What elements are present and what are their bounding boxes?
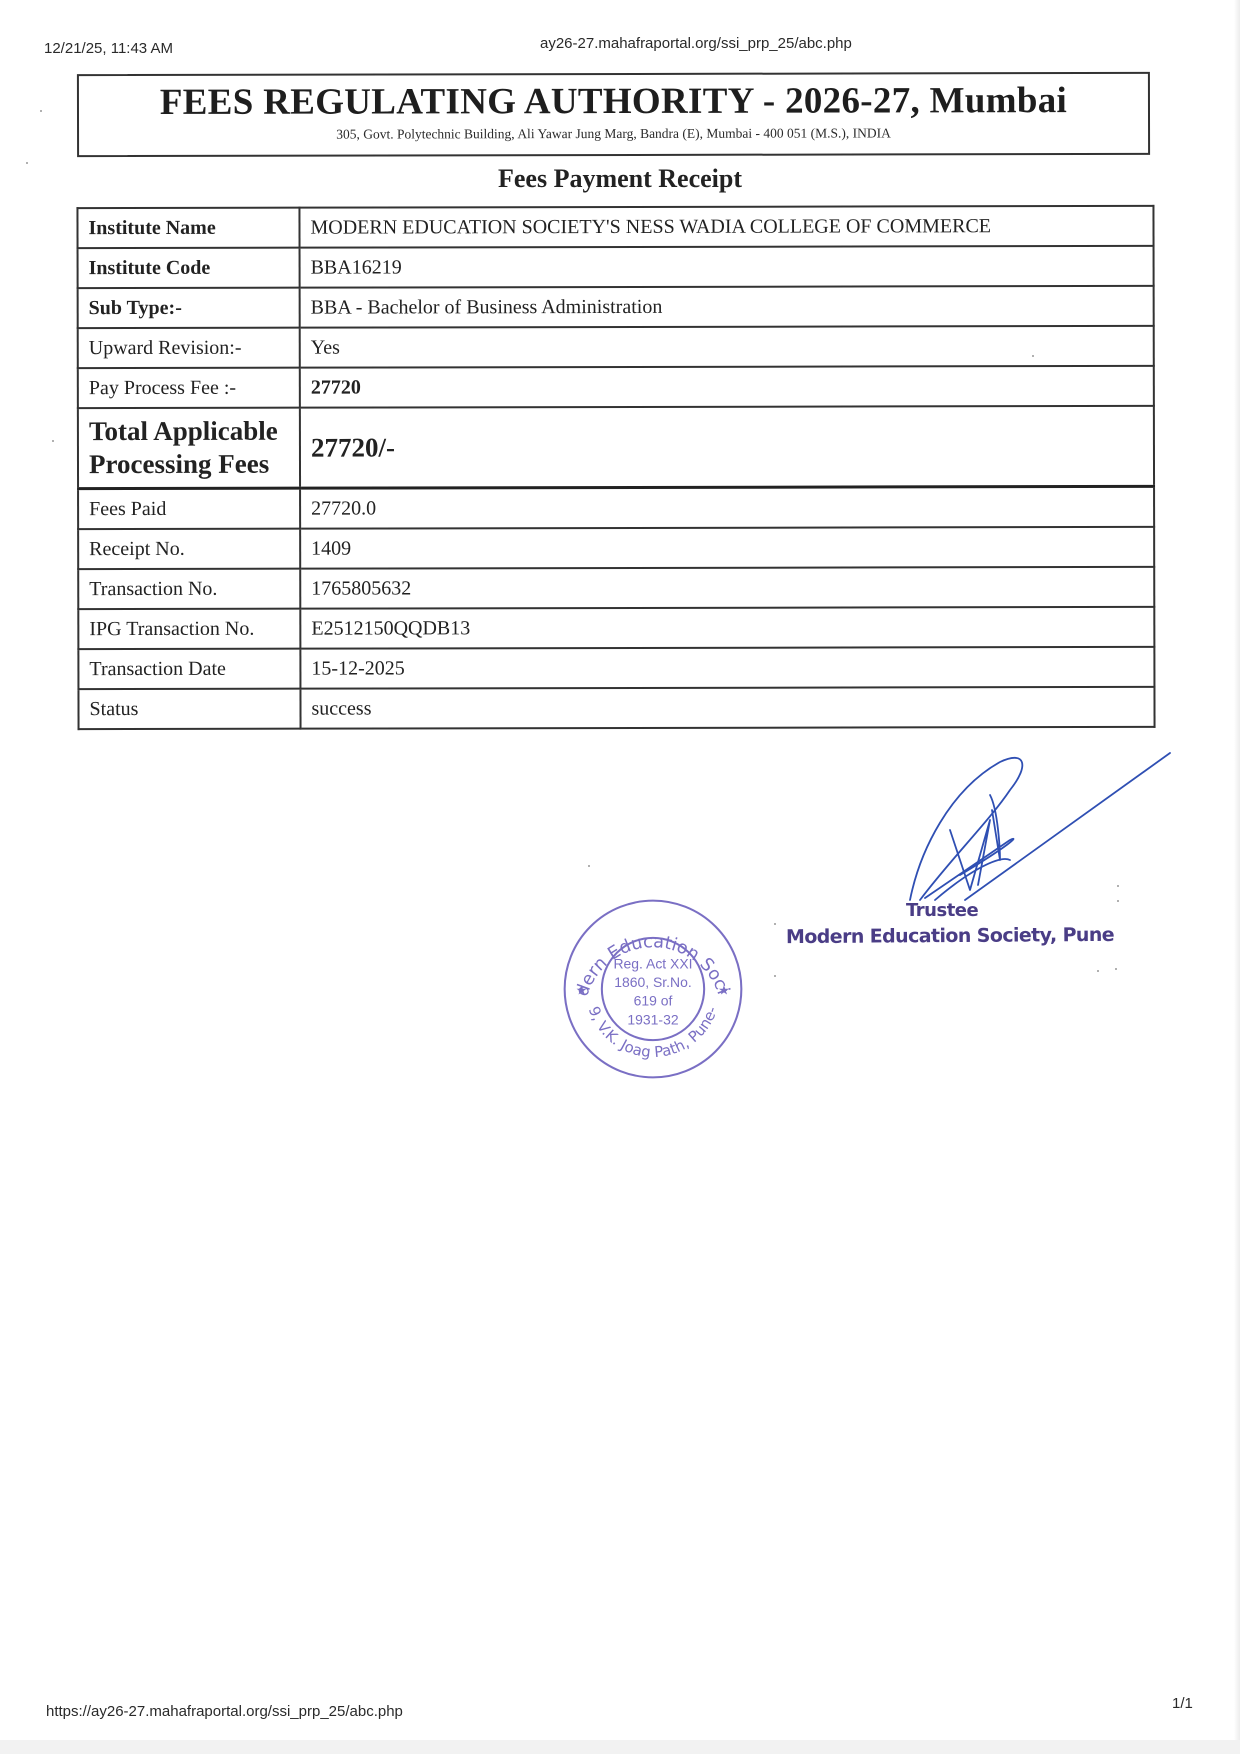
authority-title: FEES REGULATING AUTHORITY - 2026-27, Mum… <box>79 81 1148 123</box>
scan-speck <box>1117 900 1119 902</box>
row-value: MODERN EDUCATION SOCIETY'S NESS WADIA CO… <box>299 206 1153 248</box>
row-value: 1409 <box>300 527 1154 569</box>
print-page-url: ay26-27.mahafraportal.org/ssi_prp_25/abc… <box>540 35 852 52</box>
authority-header: FEES REGULATING AUTHORITY - 2026-27, Mum… <box>77 72 1150 157</box>
row-label: Receipt No. <box>78 529 300 569</box>
print-footer-url: https://ay26-27.mahafraportal.org/ssi_pr… <box>46 1703 403 1720</box>
row-value: 27720.0 <box>300 486 1154 528</box>
seal-inner-line-3: 619 of <box>634 993 673 1009</box>
row-label: Total Applicable Processing Fees <box>78 408 300 489</box>
scan-speck <box>52 440 54 442</box>
table-row-total-fees: Total Applicable Processing Fees 27720/- <box>78 406 1154 489</box>
seal-star-right-icon: ★ <box>718 984 730 999</box>
row-label: Institute Name <box>77 208 299 248</box>
row-value: 27720 <box>300 366 1154 408</box>
row-label: Transaction Date <box>78 649 300 689</box>
seal-star-left-icon: ★ <box>576 984 588 999</box>
scan-speck <box>1032 355 1034 357</box>
seal-inner-line-1: Reg. Act XXI <box>613 956 692 972</box>
row-label: Pay Process Fee :- <box>78 368 300 408</box>
row-label: Upward Revision:- <box>78 328 300 368</box>
table-row-upward-revision: Upward Revision:- Yes <box>78 326 1154 368</box>
authority-address: 305, Govt. Polytechnic Building, Ali Yaw… <box>79 125 1148 143</box>
scan-speck <box>588 865 590 867</box>
row-label: Status <box>78 689 300 729</box>
print-datetime: 12/21/25, 11:43 AM <box>44 40 173 57</box>
print-page-count: 1/1 <box>1172 1695 1193 1712</box>
row-value: 15-12-2025 <box>300 647 1154 689</box>
table-row-institute-code: Institute Code BBA16219 <box>78 246 1154 288</box>
scan-edge <box>0 1740 1240 1754</box>
trustee-signature <box>880 750 1180 920</box>
scan-speck <box>26 162 28 164</box>
row-label: Fees Paid <box>78 488 300 529</box>
row-label: Institute Code <box>78 248 300 288</box>
row-value: success <box>300 687 1154 729</box>
trustee-title: Trustee <box>906 900 978 921</box>
table-row-receipt-no: Receipt No. 1409 <box>78 527 1154 569</box>
row-label: Sub Type:- <box>78 288 300 328</box>
table-row-fees-paid: Fees Paid 27720.0 <box>78 486 1154 529</box>
scan-speck <box>40 110 42 112</box>
scan-speck <box>774 923 776 925</box>
scan-speck <box>774 975 776 977</box>
receipt-table: Institute Name MODERN EDUCATION SOCIETY'… <box>76 205 1155 730</box>
seal-inner-line-4: 1931-32 <box>627 1011 678 1027</box>
seal-inner-line-2: 1860, Sr.No. <box>614 974 691 990</box>
receipt-title: Fees Payment Receipt <box>0 164 1240 194</box>
row-value: BBA - Bachelor of Business Administratio… <box>300 286 1154 328</box>
row-value: 1765805632 <box>300 567 1154 609</box>
table-row-pay-process-fee: Pay Process Fee :- 27720 <box>78 366 1154 408</box>
trustee-organization: Modern Education Society, Pune <box>786 924 1114 948</box>
table-row-institute-name: Institute Name MODERN EDUCATION SOCIETY'… <box>77 206 1153 248</box>
table-row-transaction-date: Transaction Date 15-12-2025 <box>78 647 1154 689</box>
row-value: Yes <box>300 326 1154 368</box>
table-row-ipg-transaction-no: IPG Transaction No. E2512150QQDB13 <box>78 607 1154 649</box>
table-row-status: Status success <box>78 687 1154 729</box>
row-label: Transaction No. <box>78 569 300 609</box>
row-value: BBA16219 <box>300 246 1154 288</box>
society-seal-stamp: Modern Education Society 19, V.K. Joag P… <box>560 896 746 1082</box>
scan-speck <box>1115 968 1117 970</box>
scan-speck <box>1097 970 1099 972</box>
row-label: IPG Transaction No. <box>78 609 300 649</box>
scan-speck <box>1117 885 1119 887</box>
row-value: E2512150QQDB13 <box>300 607 1154 649</box>
scan-edge <box>1234 0 1240 1754</box>
row-value: 27720/- <box>300 406 1154 488</box>
table-row-transaction-no: Transaction No. 1765805632 <box>78 567 1154 609</box>
table-row-sub-type: Sub Type:- BBA - Bachelor of Business Ad… <box>78 286 1154 328</box>
